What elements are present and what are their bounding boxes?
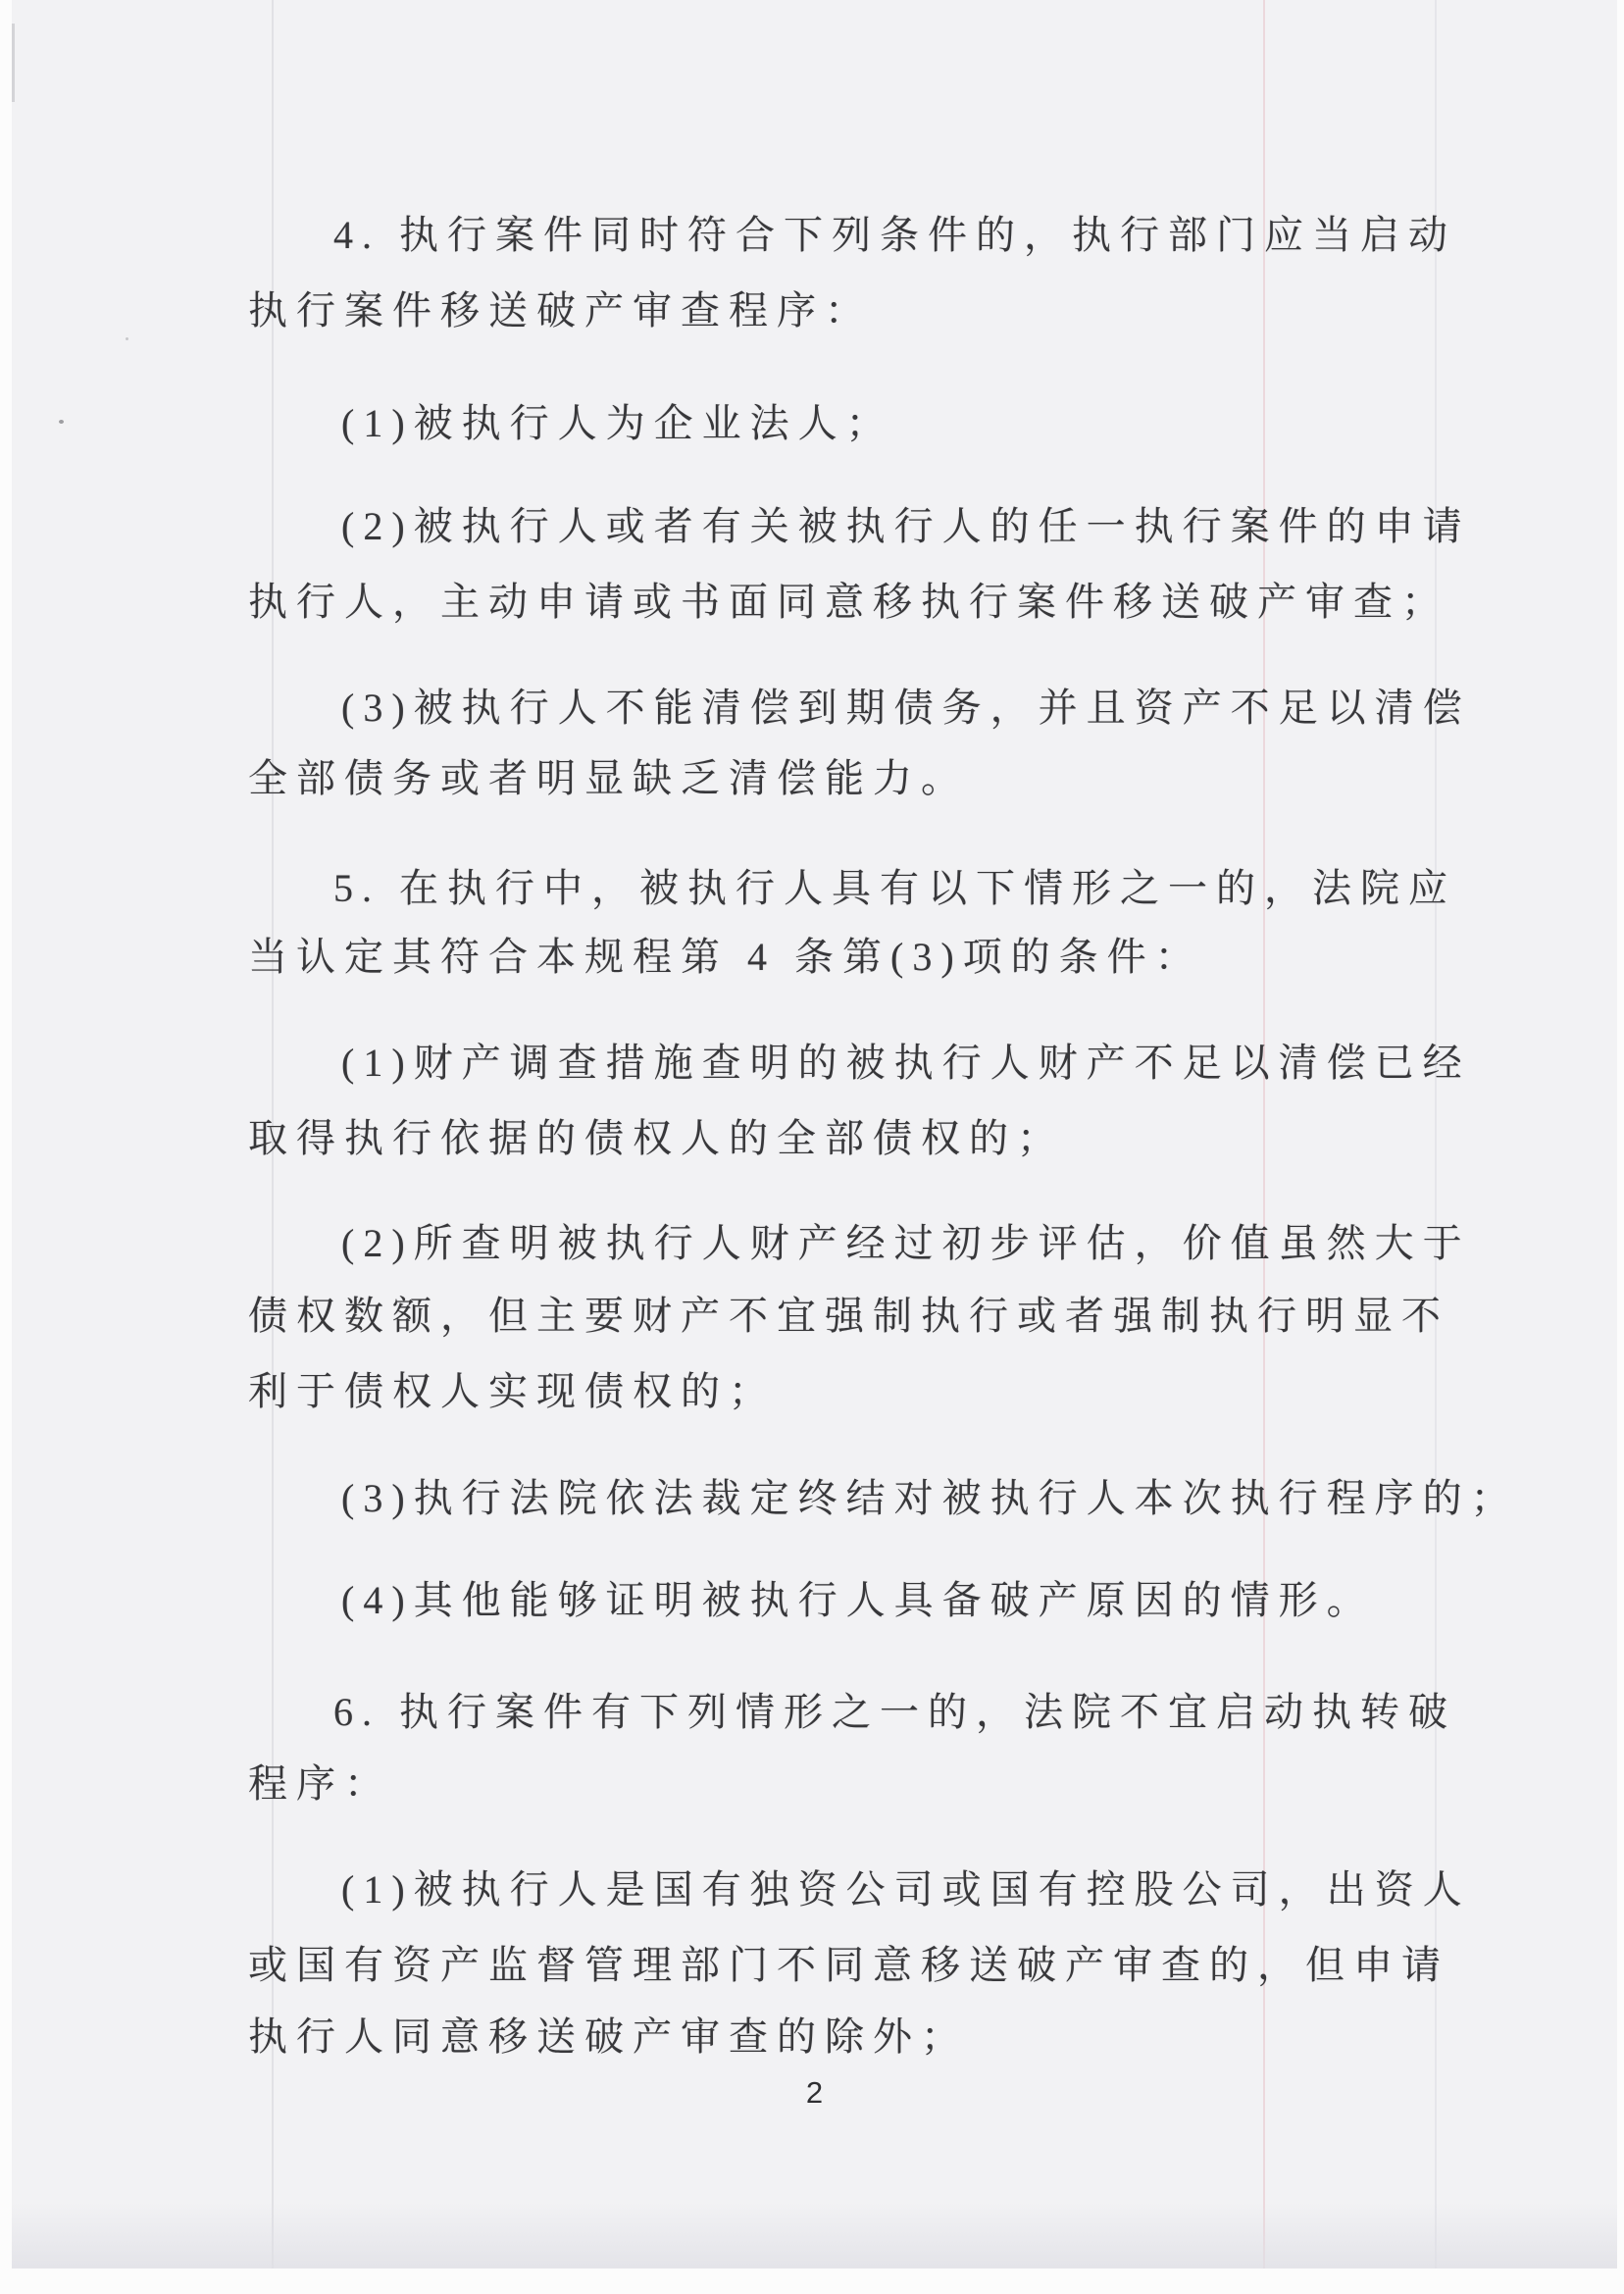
scan-speck-artifact [126, 337, 128, 340]
text-line: (1)被执行人为企业法人； [341, 402, 894, 445]
text-line: 执行案件移送破产审查程序： [248, 289, 873, 332]
text-line: 6. 执行案件有下列情形之一的，法院不宜启动执转破 [333, 1691, 1456, 1734]
text-line: (3)执行法院依法裁定终结对被执行人本次执行程序的； [341, 1477, 1519, 1520]
scanned-document-page: 4. 执行案件同时符合下列条件的，执行部门应当启动 执行案件移送破产审查程序： … [0, 0, 1624, 2294]
text-line: (4)其他能够证明被执行人具备破产原因的情形。 [341, 1579, 1375, 1622]
scan-streak-artifact [1435, 0, 1437, 2269]
text-line: 取得执行依据的债权人的全部债权的； [248, 1117, 1065, 1160]
paper-sheet: 4. 执行案件同时符合下列条件的，执行部门应当启动 执行案件移送破产审查程序： … [12, 0, 1617, 2269]
text-line: 执行人同意移送破产审查的除外； [248, 2015, 969, 2059]
text-line: (2)所查明被执行人财产经过初步评估，价值虽然大于 [341, 1222, 1471, 1265]
text-line: 程序： [248, 1762, 392, 1806]
text-line: (3)被执行人不能清偿到期债务，并且资产不足以清偿 [341, 687, 1471, 730]
text-line: 当认定其符合本规程第 4 条第(3)项的条件： [248, 936, 1203, 979]
text-line: (1)被执行人是国有独资公司或国有控股公司，出资人 [341, 1868, 1471, 1912]
text-line: (2)被执行人或者有关被执行人的任一执行案件的申请 [341, 505, 1471, 548]
scan-shading-band [12, 2202, 1617, 2269]
text-line: 利于债权人实现债权的； [248, 1370, 777, 1413]
text-line: 4. 执行案件同时符合下列条件的，执行部门应当启动 [333, 214, 1456, 257]
scan-streak-artifact [1263, 0, 1265, 2269]
scan-edge-artifact [12, 24, 15, 102]
text-line: 或国有资产监督管理部门不同意移送破产审查的，但申请 [248, 1944, 1449, 1987]
text-line: 5. 在执行中，被执行人具有以下情形之一的，法院应 [333, 867, 1456, 910]
scan-speck-artifact [59, 420, 64, 424]
text-line: 全部债务或者明显缺乏清偿能力。 [248, 757, 969, 800]
text-line: (1)财产调查措施查明的被执行人财产不足以清偿已经 [341, 1042, 1471, 1085]
text-line: 债权数额，但主要财产不宜强制执行或者强制执行明显不 [248, 1295, 1449, 1338]
page-number: 2 [12, 2075, 1617, 2111]
text-line: 执行人，主动申请或书面同意移执行案件移送破产审查； [248, 581, 1449, 624]
